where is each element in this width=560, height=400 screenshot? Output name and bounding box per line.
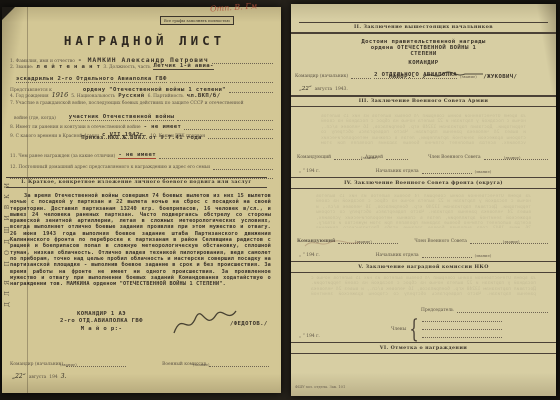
field-rank-value: л е й т е н а н т	[36, 64, 100, 70]
section1-rule-top	[6, 177, 267, 178]
endorser-printed-label: Командир (начальник)	[295, 74, 348, 79]
section5-rule-top	[291, 261, 556, 262]
birth-year-value: 1916	[52, 91, 69, 99]
section2-rule-top	[299, 22, 548, 23]
date-month: августа	[29, 375, 46, 380]
section2-date-day: „22“	[299, 86, 312, 92]
handwritten-red-note: Отп. В. Гм	[210, 1, 258, 13]
bleed-through-text: За время Отечественной войны совершил 74…	[321, 114, 526, 144]
section1-title: I. Краткое, конкретное изложение личного…	[6, 179, 267, 185]
right-page: II. Заключение вышестоящих начальников Д…	[291, 4, 556, 396]
section5-title: V. Заключение наградной комиссии НКО	[291, 264, 556, 270]
section3-title: III. Заключение Военного Совета Армии	[291, 98, 556, 104]
dotted-leader	[334, 148, 362, 160]
date-year-handwritten: 3.	[61, 373, 67, 380]
s3-rank-hint-2: (звание)	[504, 155, 521, 160]
verdict-line-3: СТЕПЕНИ	[410, 51, 436, 57]
field-position-value-1: Летчик 1-й авиа-	[153, 63, 213, 70]
members-brace: {	[409, 314, 419, 345]
dotted-leader	[457, 301, 548, 313]
section2-date-month: августа	[315, 87, 332, 92]
section4-rule-top	[291, 177, 556, 178]
party-label: 6. Партийность	[148, 94, 184, 99]
signer-unit-line-2: 2-го ОТД.АВИАПОЛКА ГВФ	[60, 318, 143, 324]
signer-unit-line-1: КОМАНДИР 1 АЭ	[77, 311, 126, 317]
endorser-rank: МАЙОР:-	[389, 74, 415, 80]
bleed-through-text: За время Отечественной войны совершил 74…	[316, 194, 531, 228]
s5-date: „ “ 194 г.	[299, 334, 320, 339]
date-day: „22“	[12, 373, 26, 380]
section2-date-year: 1943.	[335, 87, 348, 92]
war-participation-label: 7. Участие в гражданской войне, последую…	[10, 101, 244, 106]
regiment-commander-signature	[421, 66, 487, 84]
commander-footer-label: Командир (начальник)	[10, 362, 63, 367]
rank-hint-right: (звание)	[193, 362, 210, 367]
scan-backdrop: ДЛЯ ПОДШИВКИ Отп. В. Гм Все графы заполн…	[0, 0, 560, 400]
bleed-through-text: За время Отечественной войны совершил 74…	[311, 276, 536, 298]
field-position-label: 3. Должность, часть	[103, 65, 150, 70]
document-title: НАГРАДНОЙ ЛИСТ	[32, 33, 257, 48]
party-value: чл.ВКП/б/	[187, 93, 221, 99]
section3-rule-top	[291, 95, 556, 97]
s5-members-label: Члены	[391, 327, 406, 332]
section2-title: II. Заключение вышестоящих начальников	[291, 24, 556, 30]
citation-text: За время Отечественной войны совершил 74…	[10, 193, 271, 287]
dotted-leader	[351, 67, 371, 79]
signer-rank: М а й о р:-	[81, 326, 122, 332]
endorser-name: /ЖУКОВИЧ/	[483, 74, 517, 80]
birth-year-label: 4. Год рождения	[10, 94, 49, 99]
rank-hint-left: (звание)	[60, 362, 77, 367]
field-rank-label: 2. Звание:	[10, 65, 33, 70]
nationality-label: 5. Национальность	[71, 94, 115, 99]
left-page: ДЛЯ ПОДШИВКИ Отп. В. Гм Все графы заполн…	[2, 7, 281, 393]
s4-date: „ “ 194 г.	[299, 253, 320, 258]
nationality-value: Русский	[118, 93, 144, 99]
section6-title: VI. Отметка о награждении	[291, 345, 556, 351]
date-year-printed: 194	[49, 375, 57, 380]
section6-rule-bottom	[291, 353, 556, 354]
drafted-by-value: Приказ НКО № 0047 от 9.7.41 года	[81, 135, 202, 141]
s3-date: „ “ 194 г.	[299, 169, 320, 174]
s4-rank-hint-2: (звание)	[503, 239, 520, 244]
printer-imprint: ФШУ хоз. отдела. Зак. 101	[295, 385, 345, 389]
section2-rule-bottom	[291, 32, 556, 34]
corner-fold	[2, 7, 15, 20]
signer-name: /ФЕДОТОВ./	[230, 321, 268, 327]
s5-chairman-label: Председатель	[421, 308, 454, 313]
s3-commander-label: Командующий	[297, 155, 331, 160]
section4-rule-bottom	[291, 188, 556, 189]
section1-rule-bottom	[6, 187, 267, 188]
section3-rule-bottom	[291, 106, 556, 107]
section5-rule-bottom	[291, 272, 556, 273]
s3-rank-hint-1: (звание)	[361, 155, 378, 160]
section4-title: IV. Заключение Военного Совета фронта (о…	[291, 180, 556, 186]
section6-rule-top	[291, 342, 556, 343]
faint-signature	[303, 236, 363, 252]
fill-all-fields-stamp: Все графы заполнять полностью	[160, 16, 234, 25]
